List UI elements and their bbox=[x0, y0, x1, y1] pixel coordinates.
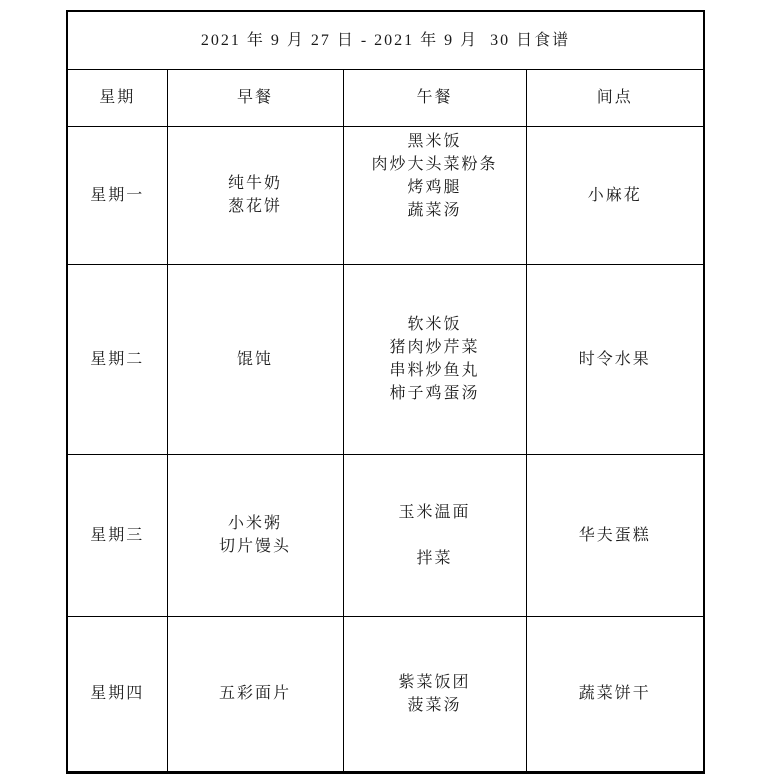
menu-line: 肉炒大头菜粉条 bbox=[344, 153, 526, 176]
menu-line: 纯牛奶 bbox=[168, 172, 343, 195]
menu-row: 星期四 五彩面片 紫菜饭团菠菜汤 蔬菜饼干 bbox=[67, 616, 704, 772]
menu-line: 黑米饭 bbox=[344, 130, 526, 153]
lunch-cell: 黑米饭肉炒大头菜粉条烤鸡腿蔬菜汤 bbox=[343, 126, 526, 264]
snack-cell: 华夫蛋糕 bbox=[526, 454, 704, 616]
menu-row: 星期一 纯牛奶葱花饼 黑米饭肉炒大头菜粉条烤鸡腿蔬菜汤 小麻花 bbox=[67, 126, 704, 264]
menu-line: 蔬菜饼干 bbox=[527, 682, 704, 705]
day-cell: 星期一 bbox=[67, 126, 167, 264]
menu-line: 葱花饼 bbox=[168, 195, 343, 218]
document-page: 2021 年 9 月 27 日 - 2021 年 9 月 30 日食谱 星期 早… bbox=[0, 0, 768, 782]
column-header-snack: 间点 bbox=[526, 69, 704, 126]
breakfast-cell: 纯牛奶葱花饼 bbox=[167, 126, 343, 264]
title-row: 2021 年 9 月 27 日 - 2021 年 9 月 30 日食谱 bbox=[67, 11, 704, 69]
breakfast-cell: 五彩面片 bbox=[167, 616, 343, 772]
day-cell: 星期四 bbox=[67, 616, 167, 772]
column-header-lunch: 午餐 bbox=[343, 69, 526, 126]
column-header-day: 星期 bbox=[67, 69, 167, 126]
menu-line: 拌菜 bbox=[344, 547, 526, 570]
lunch-cell: 软米饭猪肉炒芹菜串料炒鱼丸柿子鸡蛋汤 bbox=[343, 264, 526, 454]
column-header-breakfast: 早餐 bbox=[167, 69, 343, 126]
header-row: 星期 早餐 午餐 间点 bbox=[67, 69, 704, 126]
snack-cell: 蔬菜饼干 bbox=[526, 616, 704, 772]
menu-line: 小麻花 bbox=[527, 184, 704, 207]
menu-row: 星期二 馄饨 软米饭猪肉炒芹菜串料炒鱼丸柿子鸡蛋汤 时令水果 bbox=[67, 264, 704, 454]
meal-schedule-table: 2021 年 9 月 27 日 - 2021 年 9 月 30 日食谱 星期 早… bbox=[66, 10, 705, 774]
menu-line: 软米饭 bbox=[344, 313, 526, 336]
menu-line: 切片馒头 bbox=[168, 535, 343, 558]
menu-row: 星期三 小米粥切片馒头 玉米温面拌菜 华夫蛋糕 bbox=[67, 454, 704, 616]
menu-line: 馄饨 bbox=[168, 348, 343, 371]
menu-line: 玉米温面 bbox=[344, 501, 526, 524]
menu-line: 烤鸡腿 bbox=[344, 176, 526, 199]
breakfast-cell: 小米粥切片馒头 bbox=[167, 454, 343, 616]
menu-line: 五彩面片 bbox=[168, 682, 343, 705]
day-cell: 星期二 bbox=[67, 264, 167, 454]
lunch-cell: 玉米温面拌菜 bbox=[343, 454, 526, 616]
menu-line: 紫菜饭团 bbox=[344, 671, 526, 694]
lunch-cell: 紫菜饭团菠菜汤 bbox=[343, 616, 526, 772]
day-cell: 星期三 bbox=[67, 454, 167, 616]
snack-cell: 小麻花 bbox=[526, 126, 704, 264]
menu-line: 华夫蛋糕 bbox=[527, 524, 704, 547]
menu-line: 串料炒鱼丸 bbox=[344, 359, 526, 382]
menu-line: 小米粥 bbox=[168, 512, 343, 535]
menu-line: 柿子鸡蛋汤 bbox=[344, 382, 526, 405]
table-body: 星期一 纯牛奶葱花饼 黑米饭肉炒大头菜粉条烤鸡腿蔬菜汤 小麻花 星期二 馄饨 软… bbox=[67, 126, 704, 772]
menu-line: 时令水果 bbox=[527, 348, 704, 371]
menu-line: 猪肉炒芹菜 bbox=[344, 336, 526, 359]
table-title: 2021 年 9 月 27 日 - 2021 年 9 月 30 日食谱 bbox=[67, 11, 704, 69]
menu-line: 蔬菜汤 bbox=[344, 199, 526, 222]
snack-cell: 时令水果 bbox=[526, 264, 704, 454]
menu-line: 菠菜汤 bbox=[344, 694, 526, 717]
menu-line bbox=[344, 524, 526, 547]
breakfast-cell: 馄饨 bbox=[167, 264, 343, 454]
